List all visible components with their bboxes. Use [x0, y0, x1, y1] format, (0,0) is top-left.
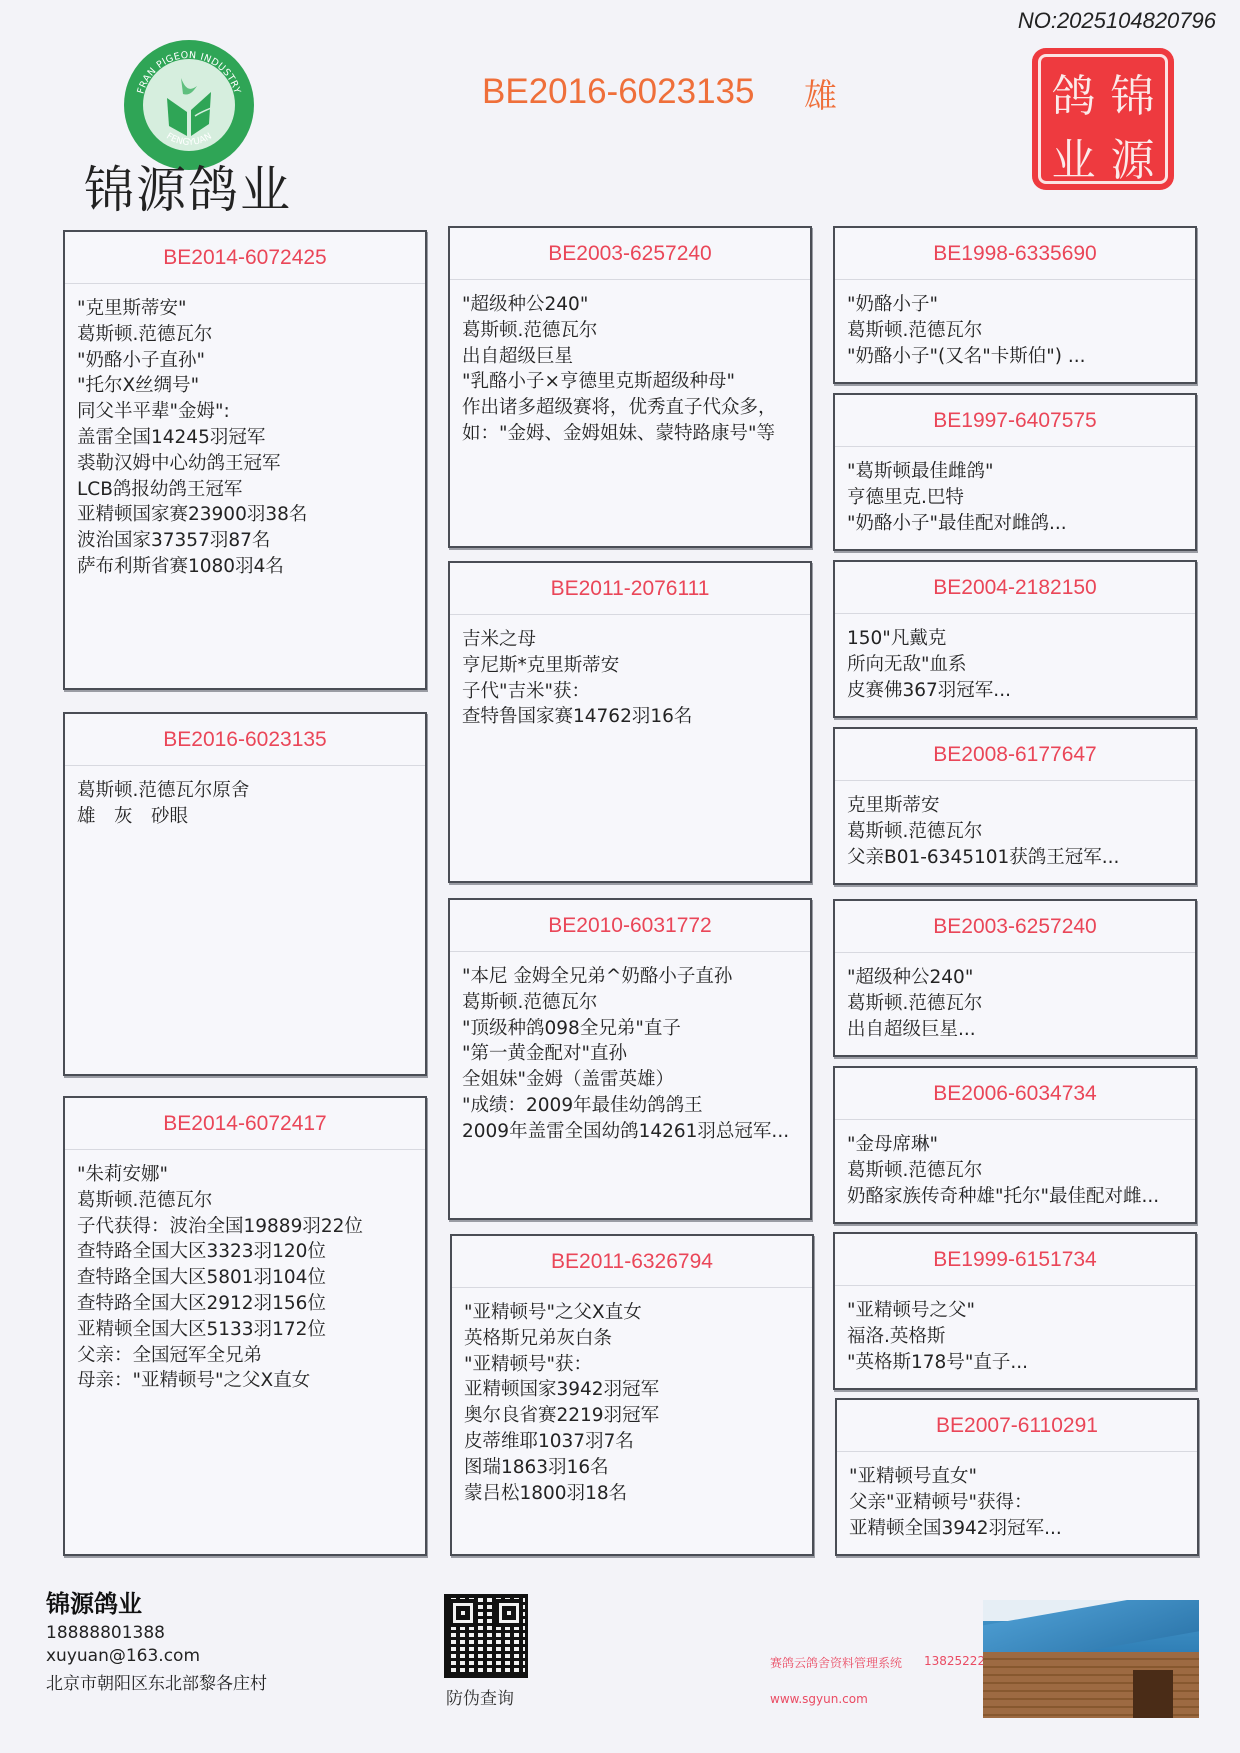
system-name: 赛鸽云鸽舍资料管理系统: [770, 1654, 902, 1671]
info-line: 皮赛佛367羽冠军...: [847, 678, 1185, 704]
ring-number: BE1999-6151734: [835, 1234, 1195, 1286]
info-line: 出自超级巨星...: [847, 1017, 1185, 1043]
info-line: 英格斯兄弟灰白条: [464, 1326, 802, 1352]
great-grandparent-box: BE2007-6110291 "亚精顿号直女" 父亲"亚精顿号"获得： 亚精顿全…: [835, 1398, 1199, 1556]
info-line: 全姐妹"金姆（盖雷英雄）: [462, 1067, 800, 1093]
seal-char: 锦: [1103, 60, 1162, 124]
seal-char: 源: [1103, 124, 1162, 188]
great-grandparent-box: BE1998-6335690 "奶酪小子" 葛斯顿.范德瓦尔 "奶酪小子"(又名…: [833, 226, 1197, 384]
system-url-link[interactable]: www.sgyun.com: [770, 1692, 868, 1706]
info-line: 图瑞1863羽16名: [464, 1455, 802, 1481]
ring-number: BE2003-6257240: [835, 901, 1195, 953]
info-line: 葛斯顿.范德瓦尔原舍: [77, 778, 415, 804]
info-line: "奶酪小子": [847, 292, 1185, 318]
footer-brand-name: 锦源鸽业: [46, 1584, 142, 1619]
info-line: 亚精顿国家3942羽冠军: [464, 1377, 802, 1403]
dam-box: BE2014-6072417 "朱莉安娜" 葛斯顿.范德瓦尔 子代获得：波治全国…: [63, 1096, 427, 1556]
pedigree-certificate: FRAN PIGEON INDUSTRY FENGYUAN 锦源鸽业 NO:20…: [0, 0, 1240, 1753]
info-line: 葛斯顿.范德瓦尔: [847, 318, 1185, 344]
info-line: 所向无敌"血系: [847, 652, 1185, 678]
ring-number: BE2016-6023135: [65, 714, 425, 766]
info-line: 子代"吉米"获：: [462, 679, 800, 705]
info-line: 盖雷全国14245羽冠军: [77, 425, 415, 451]
info-line: 如："金姆、金姆姐妹、蒙特路康号"等: [462, 421, 800, 447]
logo-text-bottom: FENGYUAN: [164, 132, 213, 148]
info-line: "奶酪小子"最佳配对雌鸽...: [847, 511, 1185, 537]
footer-phone: 18888801388: [46, 1623, 165, 1643]
main-sex: 雄: [804, 70, 837, 117]
info-line: 子代获得：波治全国19889羽22位: [77, 1214, 415, 1240]
info-line: "亚精顿号直女": [849, 1464, 1187, 1490]
info-line: 奥尔良省赛2219羽冠军: [464, 1403, 802, 1429]
ring-number: BE1998-6335690: [835, 228, 1195, 280]
ring-number: BE2011-2076111: [450, 563, 810, 615]
info-line: "金母席琳": [847, 1132, 1185, 1158]
great-grandparent-box: BE1999-6151734 "亚精顿号之父" 福洛.英格斯 "英格斯178号"…: [833, 1232, 1197, 1390]
ring-number: BE2010-6031772: [450, 900, 810, 952]
info-line: 葛斯顿.范德瓦尔: [847, 991, 1185, 1017]
info-line: "克里斯蒂安": [77, 296, 415, 322]
info-line: 作出诸多超级赛将，优秀直子代众多，: [462, 395, 800, 421]
info-line: 母亲："亚精顿号"之父X直女: [77, 1368, 415, 1394]
info-line: "亚精顿号"获：: [464, 1352, 802, 1378]
info-line: "英格斯178号"直子...: [847, 1350, 1185, 1376]
qr-label: 防伪查询: [446, 1684, 514, 1709]
info-line: "亚精顿号之父": [847, 1298, 1185, 1324]
footer-address: 北京市朝阳区东北部黎各庄村: [46, 1669, 267, 1694]
info-line: 查特路全国大区3323羽120位: [77, 1239, 415, 1265]
brand-title: 锦源鸽业: [84, 150, 292, 222]
info-line: "本尼 金姆全兄弟^奶酪小子直孙: [462, 964, 800, 990]
info-line: "葛斯顿最佳雌鸽": [847, 459, 1185, 485]
info-line: 福洛.英格斯: [847, 1324, 1185, 1350]
info-line: 葛斯顿.范德瓦尔: [847, 819, 1185, 845]
ring-number: BE2014-6072425: [65, 232, 425, 284]
info-line: 同父半平辈"金姆":: [77, 399, 415, 425]
ring-number: BE2003-6257240: [450, 228, 810, 280]
info-line: 蒙吕松1800羽18名: [464, 1481, 802, 1507]
svg-text:FRAN PIGEON INDUSTRY: FRAN PIGEON INDUSTRY: [135, 50, 242, 95]
great-grandparent-box: BE2004-2182150 150"凡戴克 所向无敌"血系 皮赛佛367羽冠军…: [833, 560, 1197, 718]
info-line: 父亲"亚精顿号"获得：: [849, 1490, 1187, 1516]
grandparent-box: BE2011-2076111 吉米之母 亨尼斯*克里斯蒂安 子代"吉米"获： 查…: [448, 561, 812, 883]
info-line: 2009年盖雷全国幼鸽14261羽总冠军...: [462, 1119, 800, 1145]
info-line: 葛斯顿.范德瓦尔: [462, 318, 800, 344]
info-line: "朱莉安娜": [77, 1162, 415, 1188]
loft-door: [1133, 1670, 1173, 1718]
info-line: "托尔X丝绸号": [77, 373, 415, 399]
info-line: 父亲B01-6345101获鸽王冠军...: [847, 845, 1185, 871]
info-line: 葛斯顿.范德瓦尔: [77, 322, 415, 348]
ring-number: BE2006-6034734: [835, 1068, 1195, 1120]
ring-number: BE2008-6177647: [835, 729, 1195, 781]
footer-email: xuyuan@163.com: [46, 1646, 200, 1666]
svg-text:FENGYUAN: FENGYUAN: [164, 132, 213, 148]
info-line: 查特路全国大区2912羽156位: [77, 1291, 415, 1317]
ring-number: BE2004-2182150: [835, 562, 1195, 614]
info-line: "成绩：2009年最佳幼鸽鸽王: [462, 1093, 800, 1119]
info-line: 克里斯蒂安: [847, 793, 1185, 819]
info-line: 亚精顿国家赛23900羽38名: [77, 502, 415, 528]
seal-char: 业: [1044, 124, 1103, 188]
grandparent-box: BE2010-6031772 "本尼 金姆全兄弟^奶酪小子直孙 葛斯顿.范德瓦尔…: [448, 898, 812, 1220]
info-line: "乳酪小子×亨德里克斯超级种母": [462, 369, 800, 395]
info-line: 亚精顿全国大区5133羽172位: [77, 1317, 415, 1343]
info-line: "第一黄金配对"直孙: [462, 1041, 800, 1067]
info-line: 萨布利斯省赛1080羽4名: [77, 554, 415, 580]
info-line: 父亲：全国冠军全兄弟: [77, 1343, 415, 1369]
info-line: 亨德里克.巴特: [847, 485, 1185, 511]
great-grandparent-box: BE1997-6407575 "葛斯顿最佳雌鸽" 亨德里克.巴特 "奶酪小子"最…: [833, 393, 1197, 551]
info-line: LCB鸽报幼鸽王冠军: [77, 477, 415, 503]
info-line: 吉米之母: [462, 627, 800, 653]
info-line: "奶酪小子直孙": [77, 348, 415, 374]
ring-number: BE1997-6407575: [835, 395, 1195, 447]
seal-char: 鸽: [1044, 60, 1103, 124]
great-grandparent-box: BE2008-6177647 克里斯蒂安 葛斯顿.范德瓦尔 父亲B01-6345…: [833, 727, 1197, 885]
document-number: NO:2025104820796: [1018, 8, 1216, 34]
info-line: 出自超级巨星: [462, 344, 800, 370]
great-grandparent-box: BE2003-6257240 "超级种公240" 葛斯顿.范德瓦尔 出自超级巨星…: [833, 899, 1197, 1057]
ring-number: BE2011-6326794: [452, 1236, 812, 1288]
info-line: 查特路全国大区5801羽104位: [77, 1265, 415, 1291]
main-ring-number: BE2016-6023135: [482, 72, 754, 112]
info-line: 查特鲁国家赛14762羽16名: [462, 704, 800, 730]
info-line: "顶级种鸽098全兄弟"直子: [462, 1016, 800, 1042]
info-line: "亚精顿号"之父X直女: [464, 1300, 802, 1326]
subject-box: BE2016-6023135 葛斯顿.范德瓦尔原舍 雄 灰 砂眼: [63, 712, 427, 1076]
info-line: 裘勒汉姆中心幼鸽王冠军: [77, 451, 415, 477]
info-line: 雄 灰 砂眼: [77, 804, 415, 830]
qr-code-icon[interactable]: [444, 1594, 528, 1678]
info-line: 葛斯顿.范德瓦尔: [77, 1188, 415, 1214]
info-line: 亚精顿全国3942羽冠军...: [849, 1516, 1187, 1542]
logo-text-top: FRAN PIGEON INDUSTRY: [135, 50, 242, 95]
info-line: "奶酪小子"(又名"卡斯伯") ...: [847, 344, 1185, 370]
ring-number: BE2014-6072417: [65, 1098, 425, 1150]
info-line: 奶酪家族传奇种雄"托尔"最佳配对雌...: [847, 1184, 1185, 1210]
info-line: 葛斯顿.范德瓦尔: [462, 990, 800, 1016]
ring-number: BE2007-6110291: [837, 1400, 1197, 1452]
info-line: 葛斯顿.范德瓦尔: [847, 1158, 1185, 1184]
red-seal-stamp: 鸽 锦 业 源: [1032, 48, 1174, 190]
grandparent-box: BE2011-6326794 "亚精顿号"之父X直女 英格斯兄弟灰白条 "亚精顿…: [450, 1234, 814, 1556]
info-line: 波治国家37357羽87名: [77, 528, 415, 554]
info-line: 皮蒂维耶1037羽7名: [464, 1429, 802, 1455]
info-line: "超级种公240": [847, 965, 1185, 991]
pigeon-loft-photo: [983, 1600, 1199, 1718]
info-line: 150"凡戴克: [847, 626, 1185, 652]
grandparent-box: BE2003-6257240 "超级种公240" 葛斯顿.范德瓦尔 出自超级巨星…: [448, 226, 812, 548]
sire-box: BE2014-6072425 "克里斯蒂安" 葛斯顿.范德瓦尔 "奶酪小子直孙"…: [63, 230, 427, 690]
info-line: "超级种公240": [462, 292, 800, 318]
info-line: 亨尼斯*克里斯蒂安: [462, 653, 800, 679]
great-grandparent-box: BE2006-6034734 "金母席琳" 葛斯顿.范德瓦尔 奶酪家族传奇种雄"…: [833, 1066, 1197, 1224]
